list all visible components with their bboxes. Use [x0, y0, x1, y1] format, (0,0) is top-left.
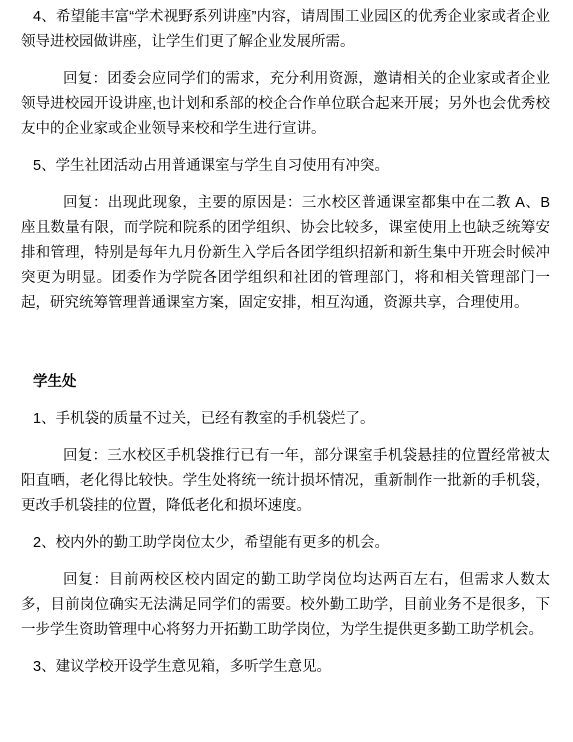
question-item-3: 3、建议学校开设学生意见箱，多听学生意见。	[21, 655, 550, 680]
reply-paragraph-4: 回复：团委会应同学们的需求，充分利用资源，邀请相关的企业家或者企业领导进校园开设…	[21, 67, 550, 142]
reply-paragraph-5: 回复：出现此现象，主要的原因是：三水校区普通课室都集中在二教 A、B座且数量有限…	[21, 191, 550, 316]
question-item-2: 2、校内外的勤工助学岗位太少，希望能有更多的机会。	[21, 531, 550, 556]
question-item-4: 4、希望能丰富“学术视野系列讲座”内容，请周围工业园区的优秀企业家或者企业领导进…	[21, 5, 550, 55]
department-heading-student-affairs: 学生处	[21, 370, 550, 395]
document-page: 4、希望能丰富“学术视野系列讲座”内容，请周围工业园区的优秀企业家或者企业领导进…	[0, 0, 573, 742]
question-item-1: 1、手机袋的质量不过关，已经有教室的手机袋烂了。	[21, 407, 550, 432]
reply-paragraph-2: 回复：目前两校区校内固定的勤工助学岗位均达两百左右，但需求人数太多，目前岗位确实…	[21, 568, 550, 643]
question-item-5: 5、学生社团活动占用普通课室与学生自习使用有冲突。	[21, 154, 550, 179]
reply-paragraph-1: 回复：三水校区手机袋推行已有一年，部分课室手机袋悬挂的位置经常被太阳直晒，老化得…	[21, 444, 550, 519]
